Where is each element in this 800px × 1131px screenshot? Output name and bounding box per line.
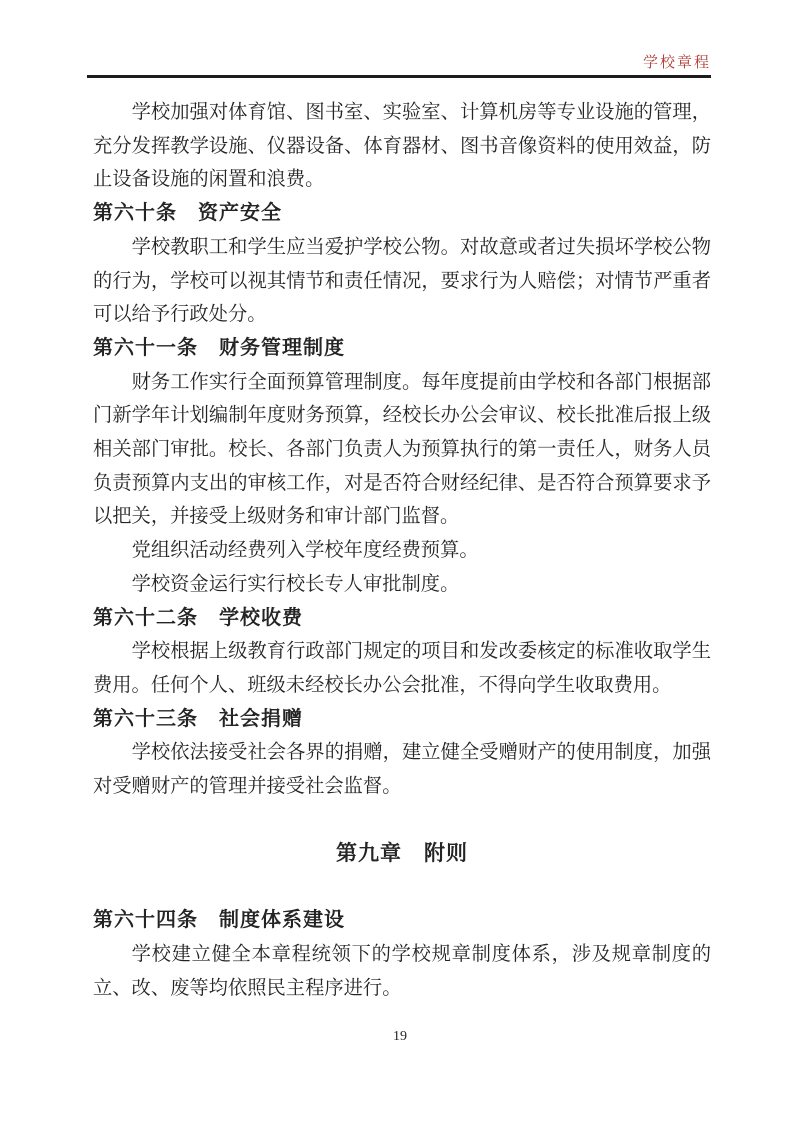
page-footer: 19 (0, 1029, 800, 1045)
article-heading: 第六十三条 社会捐赠 (93, 703, 711, 737)
article-heading: 第六十一条 财务管理制度 (93, 332, 711, 366)
paragraph: 学校资金运行实行校长专人审批制度。 (93, 568, 711, 602)
article-heading: 第六十四条 制度体系建设 (93, 904, 711, 938)
paragraph: 学校建立健全本章程统领下的学校规章制度体系，涉及规章制度的立、改、废等均依照民主… (93, 938, 711, 1005)
document-page: 学校章程 学校加强对体育馆、图书室、实验室、计算机房等专业设施的管理，充分发挥教… (0, 0, 800, 1131)
document-body: 学校加强对体育馆、图书室、实验室、计算机房等专业设施的管理，充分发挥教学设施、仪… (93, 96, 711, 1006)
chapter-heading: 第九章 附则 (93, 837, 711, 871)
article-heading: 第六十二条 学校收费 (93, 602, 711, 636)
paragraph: 财务工作实行全面预算管理制度。每年度提前由学校和各部门根据部门新学年计划编制年度… (93, 366, 711, 535)
page-number: 19 (393, 1029, 407, 1044)
paragraph: 学校根据上级教育行政部门规定的项目和发改委核定的标准收取学生费用。任何个人、班级… (93, 635, 711, 702)
paragraph: 学校教职工和学生应当爱护学校公物。对故意或者过失损坏学校公物的行为，学校可以视其… (93, 231, 711, 332)
paragraph: 党组织活动经费列入学校年度经费预算。 (93, 534, 711, 568)
paragraph: 学校加强对体育馆、图书室、实验室、计算机房等专业设施的管理，充分发挥教学设施、仪… (93, 96, 711, 197)
header-title: 学校章程 (643, 51, 711, 72)
article-heading: 第六十条 资产安全 (93, 197, 711, 231)
header-rule (87, 75, 711, 78)
paragraph: 学校依法接受社会各界的捐赠，建立健全受赠财产的使用制度，加强对受赠财产的管理并接… (93, 736, 711, 803)
